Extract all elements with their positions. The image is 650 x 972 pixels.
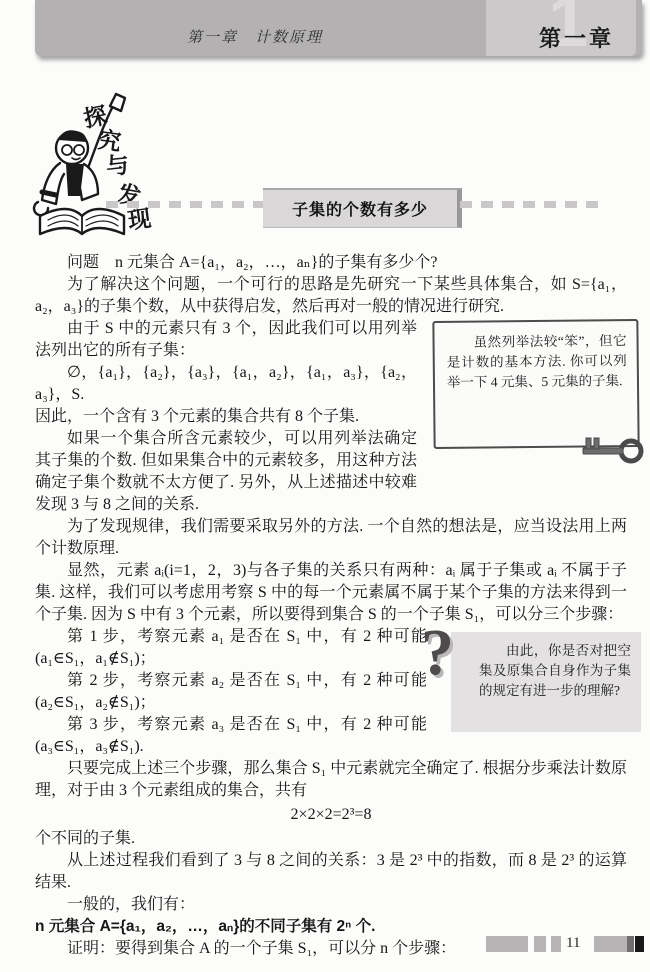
svg-text:现: 现 — [126, 206, 152, 234]
textbook-page: 第一章 计数原理 1 第一章 — [0, 0, 650, 972]
page-footer: 11 — [0, 934, 650, 954]
section-title-box: 子集的个数有多少 — [263, 188, 462, 228]
section-title: 子集的个数有多少 — [292, 197, 428, 220]
footer-decoration — [627, 936, 634, 952]
body-text: 问题 n 元集合 A={a₁，a₂，…，aₙ}的子集有多少个? 为了解决这个问题… — [35, 252, 627, 960]
question-mark-icon: ? — [421, 620, 454, 686]
footer-decoration — [486, 936, 528, 952]
question-box: 由此，你是否对把空集及原集合自身作为子集的规定有进一步的理解? — [451, 632, 641, 732]
explorer-cartoon-icon: 探 究 与 发 现 — [26, 84, 182, 248]
running-title: 第一章 计数原理 — [187, 26, 323, 47]
footer-decoration — [534, 936, 546, 952]
svg-text:究: 究 — [96, 126, 122, 155]
footer-decoration — [594, 936, 627, 952]
paragraph: 个不同的子集. — [35, 828, 627, 850]
equation: 2×2×2=2³=8 — [35, 802, 627, 828]
paragraph: 显然，元素 aᵢ(i=1，2，3)与各子集的关系只有两种：aᵢ 属于子集或 aᵢ… — [35, 560, 627, 626]
margin-question: 由此，你是否对把空集及原集合自身作为子集的规定有进一步的理解? ? — [437, 626, 641, 742]
note-box: 虽然列举法较“笨”，但它是计数的基本方法. 你可以列举一下 4 元集、5 元集的… — [432, 319, 639, 449]
banner-dashes-right — [460, 201, 600, 208]
banner-dashes-left — [106, 201, 264, 208]
chapter-panel: 1 第一章 — [486, 0, 636, 56]
key-icon — [579, 432, 645, 466]
paragraph: 一般的，我们有： — [35, 894, 627, 916]
page-number: 11 — [566, 935, 580, 952]
paragraph: 为了发现规律，我们需要采取另外的方法. 一个自然的想法是，应当设法用上两个计数原… — [35, 516, 627, 560]
note-text: 虽然列举法较“笨”，但它是计数的基本方法. 你可以列举一下 4 元集、5 元集的… — [446, 331, 627, 393]
paragraph: 从上述过程我们看到了 3 与 8 之间的关系：3 是 2³ 中的指数，而 8 是… — [35, 850, 627, 894]
question-text: 由此，你是否对把空集及原集合自身作为子集的规定有进一步的理解? — [479, 641, 631, 701]
footer-decoration — [635, 936, 644, 952]
paragraph-problem: 问题 n 元集合 A={a₁，a₂，…，aₙ}的子集有多少个? — [35, 252, 627, 274]
header-bar: 第一章 计数原理 1 第一章 — [35, 0, 642, 56]
margin-note: 虽然列举法较“笨”，但它是计数的基本方法. 你可以列举一下 4 元集、5 元集的… — [429, 312, 641, 480]
chapter-label: 第一章 — [539, 22, 614, 53]
paragraph: 只要完成上述三个步骤，那么集合 S₁ 中元素就完全确定了. 根据分步乘法计数原理… — [35, 758, 627, 802]
svg-text:与: 与 — [105, 151, 131, 179]
footer-decoration — [551, 936, 561, 952]
